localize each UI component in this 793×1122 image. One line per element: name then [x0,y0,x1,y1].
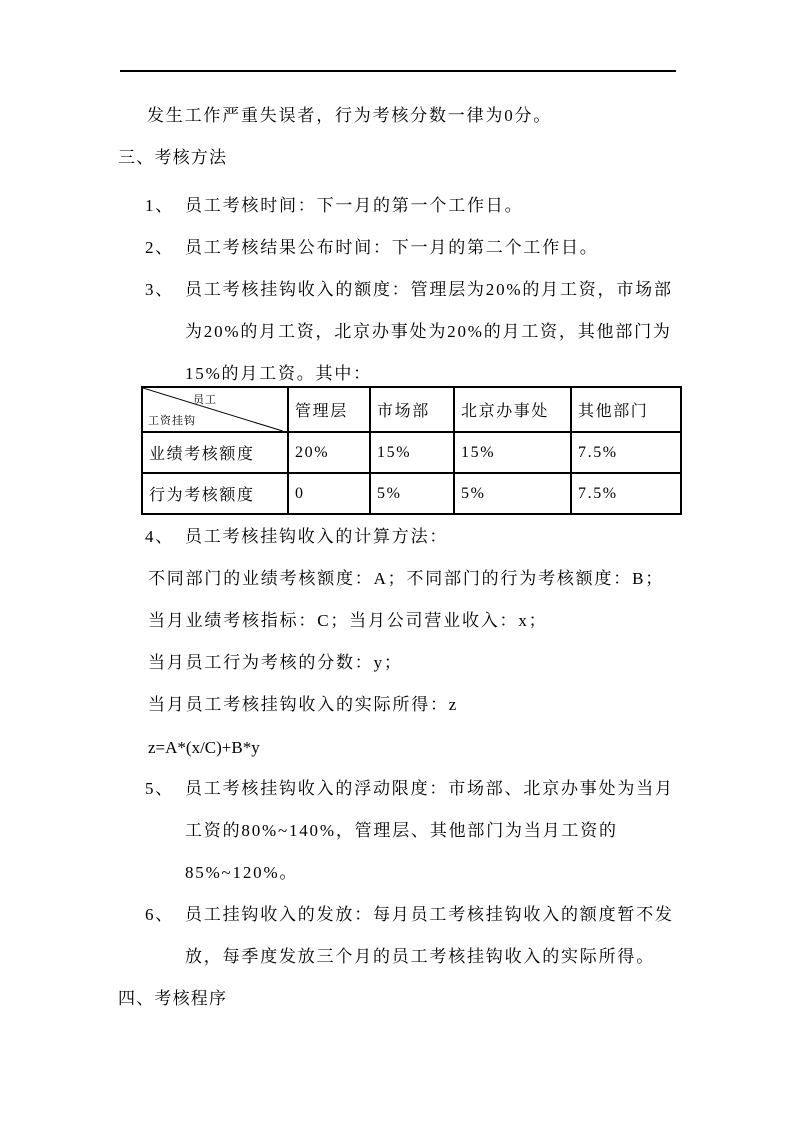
corner-label-employee: 员工 [193,391,217,407]
document-page: 发生工作严重失误者，行为考核分数一律为0分。 三、考核方法 1、 员工考核时间：… [0,0,793,1122]
cell-performance-market: 15% [370,432,454,473]
cell-behavior-beijing: 5% [454,473,571,514]
item1-text: 员工考核时间：下一月的第一个工作日。 [185,195,523,216]
table-row: 业绩考核额度 20% 15% 15% 7.5% [142,432,681,473]
row-label-behavior-quota: 行为考核额度 [142,473,288,514]
item6-text-line1: 员工挂钩收入的发放：每月员工考核挂钩收入的额度暂不发 [185,904,674,925]
item4-text: 员工考核挂钩收入的计算方法： [185,526,448,547]
table-col-header-market: 市场部 [370,387,454,432]
cell-performance-beijing: 15% [454,432,571,473]
item4-number: 4、 [145,526,174,547]
item4-detail-line2: 当月业绩考核指标：C；当月公司营业收入：x； [148,610,547,631]
item5-text-line1: 员工考核挂钩收入的浮动限度：市场部、北京办事处为当月 [185,778,674,799]
item5-text-line3: 85%~120%。 [185,862,298,883]
intro-line: 发生工作严重失误者，行为考核分数一律为0分。 [147,105,552,126]
table-col-header-other-depts: 其他部门 [571,387,681,432]
cell-behavior-management: 0 [288,473,370,514]
item5-number: 5、 [145,778,174,799]
section3-heading: 三、考核方法 [118,147,227,168]
item2-text: 员工考核结果公布时间：下一月的第二个工作日。 [185,237,599,258]
assessment-quota-table: 员工 工资挂钩 管理层 市场部 北京办事处 其他部门 业绩考核额度 20% 15… [141,386,682,515]
table-col-header-beijing-office: 北京办事处 [454,387,571,432]
formula-line: z=A*(x/C)+B*y [148,737,260,758]
item3-text-line3: 15%的月工资。其中： [185,363,372,384]
header-separator-rule [120,70,676,72]
table-row: 行为考核额度 0 5% 5% 7.5% [142,473,681,514]
item6-text-line2: 放，每季度发放三个月的员工考核挂钩收入的实际所得。 [185,946,655,967]
item6-number: 6、 [145,904,174,925]
cell-behavior-other: 7.5% [571,473,681,514]
table-col-header-management: 管理层 [288,387,370,432]
item3-text-line1: 员工考核挂钩收入的额度：管理层为20%的月工资，市场部 [185,279,673,300]
row-label-performance-quota: 业绩考核额度 [142,432,288,473]
item5-text-line2: 工资的80%~140%，管理层、其他部门为当月工资的 [185,820,618,841]
corner-label-salary-link: 工资挂钩 [148,412,196,428]
cell-performance-other: 7.5% [571,432,681,473]
item2-number: 2、 [145,237,174,258]
item4-detail-line3: 当月员工行为考核的分数：y； [148,652,403,673]
item4-detail-line1: 不同部门的业绩考核额度：A；不同部门的行为考核额度：B； [148,568,664,589]
section4-heading: 四、考核程序 [118,988,227,1009]
item4-detail-line4: 当月员工考核挂钩收入的实际所得：z [148,694,458,715]
cell-behavior-market: 5% [370,473,454,514]
item1-number: 1、 [145,195,174,216]
table-corner-cell: 员工 工资挂钩 [142,387,288,432]
item3-text-line2: 为20%的月工资，北京办事处为20%的月工资，其他部门为 [185,321,672,342]
item3-number: 3、 [145,279,174,300]
cell-performance-management: 20% [288,432,370,473]
